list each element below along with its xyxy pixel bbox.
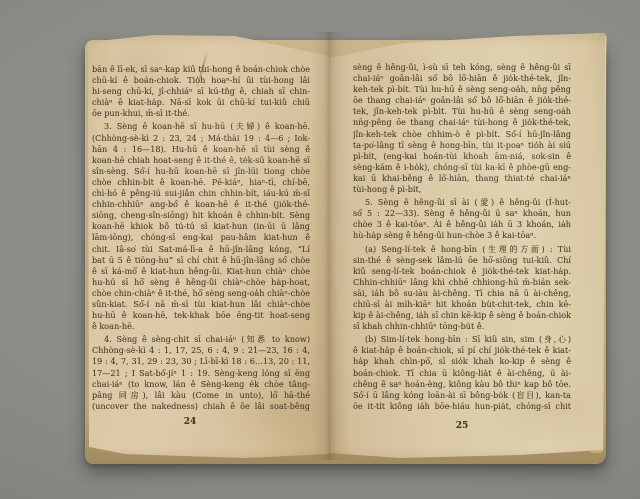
text-line: chai-iáⁿ goân-lâi só͘ bô lō͘-hiān ê jio̍… bbox=[353, 73, 571, 84]
open-book: bān ê lī-ek, sī saⁿ-kap kiû tùi-hong ê b… bbox=[85, 30, 608, 466]
text-line: ê koan-hē. bbox=[92, 321, 310, 332]
text-line: tùi-hong ê pì-bi̍t, bbox=[353, 184, 571, 195]
text-line: ta-po͘-lâng tī sèng ê hong-bīn, tùi it-p… bbox=[353, 140, 571, 151]
text-line: chit. Iâ-so͘ tùi Sat-má-lī-a ê hū-jîn-lâ… bbox=[92, 244, 310, 255]
paragraph: (a) Seng-lí-tek ê hong-bīn (生理的方面) : Tùi… bbox=[353, 244, 571, 333]
text-line: chiū-sī ài mi̍h-kiāⁿ hit khoán bu̍t-chit… bbox=[353, 299, 571, 310]
text-line: pâng 同房), lâi kàu (Come in unto), lō͘ hā… bbox=[92, 390, 310, 401]
right-page-text: sèng ê hêng-ûi, ì-sù sī teh kóng, sèng ê… bbox=[353, 62, 571, 414]
text-line: jîn-keh-tek chòe chhim-ò ê pì-bi̍t. Só͘-… bbox=[353, 129, 571, 140]
text-line: pì-bi̍t, (eng-kai hoán-tùi khoah ām-niá,… bbox=[353, 151, 571, 162]
text-line: chòe chin-chiàⁿ ê it-thé, hō͘ sèng seng-… bbox=[92, 288, 310, 299]
text-line: 17—21 ; I Sat-bó͘-jíⁿ 1 : 19. Sèng-keng … bbox=[92, 368, 310, 379]
text-line: tek, jîn-keh-tek pì-bi̍t. Tùi hu-hū ê sè… bbox=[353, 106, 571, 117]
text-line: sûn-kiat. Só͘-í nā m̄-sī tùi kiat-hun lâ… bbox=[92, 299, 310, 310]
text-line: ha̍p khah chìn-pō͘, sī sio̍k khah ko-kip… bbox=[353, 356, 571, 367]
text-line: ê sī ká-mō͘ ê kiat-hun hêng-ûi. Kiat-hun… bbox=[92, 266, 310, 277]
left-page-number: 24 bbox=[81, 417, 299, 427]
text-line: (b) Sim-lí-tek hong-bīn : Sī kiû sin, si… bbox=[353, 334, 571, 345]
paragraph: 4. Sèng ê sèng-chit sī chai-iáⁿ (知悉 to k… bbox=[92, 334, 310, 412]
text-line: keh-tek pì-bi̍t. Tùi hu-hū ê sèng seng-o… bbox=[353, 84, 571, 95]
right-page: sèng ê hêng-ûi, ì-sù sī teh kóng, sèng ê… bbox=[329, 30, 608, 462]
text-line: (Chhòng-sè-kì 2 : 23, 24 ; Má-thài 19 : … bbox=[92, 133, 310, 144]
text-line: kiû seng-lí-tek boán-chiok ê jio̍k-thé-t… bbox=[353, 266, 571, 277]
text-line: chū-kí ê boán-chiok. Tio̍h hoaⁿ-hí ūi tù… bbox=[92, 75, 310, 86]
paragraph: bān ê lī-ek, sī saⁿ-kap kiû tùi-hong ê b… bbox=[92, 64, 310, 119]
text-line: 5. Sèng ê hêng-ûi sī ài (愛) ê hêng-ûi (Í… bbox=[353, 197, 571, 208]
left-page: bān ê lī-ek, sī saⁿ-kap kiû tùi-hong ê b… bbox=[85, 30, 329, 462]
text-line: ōe thang chai-iáⁿ goân-lâi só͘ bô lō͘-hi… bbox=[353, 95, 571, 106]
text-line: ê kiat-ha̍p ê boán-chiok, sī pí chí jio̍… bbox=[353, 345, 571, 356]
text-line: nn̄g-pêng ōe thang chai-iáⁿ tùi-hong ê j… bbox=[353, 117, 571, 128]
paragraph: 5. Sèng ê hêng-ûi sī ài (愛) ê hêng-ûi (Í… bbox=[353, 197, 571, 241]
text-line: chêng ê saⁿ hoán-èng, kiông kàu bô thiⁿ … bbox=[353, 379, 571, 390]
text-line: chòe chhin-bi̍t ê koan-hē. Pē-kiáⁿ, hiaⁿ… bbox=[92, 177, 310, 188]
text-line: 4. Sèng ê sèng-chit sī chai-iáⁿ (知悉 to k… bbox=[92, 334, 310, 345]
text-line: lām-iōng), chóng-sī eng-kai pau-hâm kiat… bbox=[92, 232, 310, 243]
text-line: (a) Seng-lí-tek ê hong-bīn (生理的方面) : Tùi bbox=[353, 244, 571, 255]
left-page-text: bān ê lī-ek, sī saⁿ-kap kiû tùi-hong ê b… bbox=[92, 64, 310, 414]
text-line: chhin-chhiūⁿ ang-bó͘ ê koan-hē ê it-thé … bbox=[92, 199, 310, 210]
text-line: chòe 3 ê kai-tōaⁿ. Ài ê hêng-ûi ia̍h ū 3… bbox=[353, 219, 571, 230]
text-line: 19 : 4, 7, 31, 29 : 23, 30 ; Lī-bī-kì 18… bbox=[92, 356, 310, 367]
right-page-number: 25 bbox=[353, 421, 571, 431]
text-line: Chhòng-sè-kì 4 : 1, 17, 25, 6 : 4, 9 : 2… bbox=[92, 345, 310, 356]
text-line: sī khah chhin-chhiūⁿ tōng-bu̍t ê. bbox=[353, 321, 571, 332]
text-line: hu-hū ê koan-hē, tek-khak bōe ēng-tit ho… bbox=[92, 310, 310, 321]
text-line: Chhin-chhiūⁿ lâng khì chhē chhiong-hū m̄… bbox=[353, 277, 571, 288]
text-line: bān ê lī-ek, sī saⁿ-kap kiû tùi-hong ê b… bbox=[92, 64, 310, 75]
text-line: chì-hó ê pêng-iú sui-jiân chin chhin-bi̍… bbox=[92, 188, 310, 199]
paragraph: (b) Sim-lí-tek hong-bīn : Sī kiû sin, si… bbox=[353, 334, 571, 412]
text-line: sîn-sèng. Só͘-í hu-hū koan-hē sī jîn-lūi… bbox=[92, 166, 310, 177]
text-line: hù-ha̍p sèng ê hêng-ûi hun-chòe 3 ê kai-… bbox=[353, 230, 571, 241]
text-line: 3. Sèng ê koan-hē sī hu-hū (夫婦) ê koan-h… bbox=[92, 121, 310, 132]
text-line: kai ū khai-bêng ê lō͘-hiān, thang thiat-… bbox=[353, 173, 571, 184]
paragraph: 3. Sèng ê koan-hē sī hu-hū (夫婦) ê koan-h… bbox=[92, 121, 310, 332]
text-line: kip ê ài-chêng, ia̍h sī chin kē-kip ê sè… bbox=[353, 310, 571, 321]
text-line: só͘ 5 : 22—33). Sèng ê hêng-ûi ū saⁿ kho… bbox=[353, 208, 571, 219]
text-line: hān 4 : 16—18). Hu-hū ê koan-hē sī tùi s… bbox=[92, 144, 310, 155]
text-line: Só͘-í ū lâng kóng loān-ài sī bông-bo̍k (… bbox=[353, 390, 571, 401]
text-line: bat ū 5 ê tiōng-hu” sī chí chit ê hū-jîn… bbox=[92, 255, 310, 266]
text-line: ōe pun-khui, m̄-sī it-thé. bbox=[92, 108, 310, 119]
text-line: koan-hē khiok bô tú-tú sī kiat-hun (in-ū… bbox=[92, 221, 310, 232]
text-line: sèng ê hêng-ûi, ì-sù sī teh kóng, sèng ê… bbox=[353, 62, 571, 73]
text-line: hu-hū sī hō͘ sèng ê hêng-ûi chiàⁿ-chòe h… bbox=[92, 277, 310, 288]
text-line: sāi, ia̍h bô su-iàu ài-chêng. Tī chia nā… bbox=[353, 288, 571, 299]
text-line: koan-hē chiah hoat-seng ê it-thé ê, te̍k… bbox=[92, 155, 310, 166]
text-line: sèng-kám ê i-ho̍k), chóng-sī tùi ka-kī ê… bbox=[353, 162, 571, 173]
text-line: chai-iáⁿ (to know, lán ê Sèng-keng e̍k c… bbox=[92, 379, 310, 390]
text-line: siōng, cheng-sîn-siōng) hit khoán ê chhi… bbox=[92, 210, 310, 221]
text-line: chiàⁿ ê kiat-ha̍p. Nā-sī kok ūi chū-kí t… bbox=[92, 97, 310, 108]
text-line: boán-chiok. Tī chia ū kiông-lia̍t ê ài-c… bbox=[353, 368, 571, 379]
text-line: hi-seng chū-kí, jî-chhiáⁿ sī kú-tn̂g ê, … bbox=[92, 86, 310, 97]
text-line: ōe it-ti̍t kiông ia̍h bōe-hiáu hun-pia̍t… bbox=[353, 401, 571, 412]
photo-background: bān ê lī-ek, sī saⁿ-kap kiû tùi-hong ê b… bbox=[0, 0, 640, 499]
paragraph: sèng ê hêng-ûi, ì-sù sī teh kóng, sèng ê… bbox=[353, 62, 571, 195]
text-line: (uncover the nakedness) chiah ê ōe lâi s… bbox=[92, 401, 310, 412]
text-line: sin-thé ê sèng-sek lâm-lú ōe hō͘-siōng t… bbox=[353, 255, 571, 266]
